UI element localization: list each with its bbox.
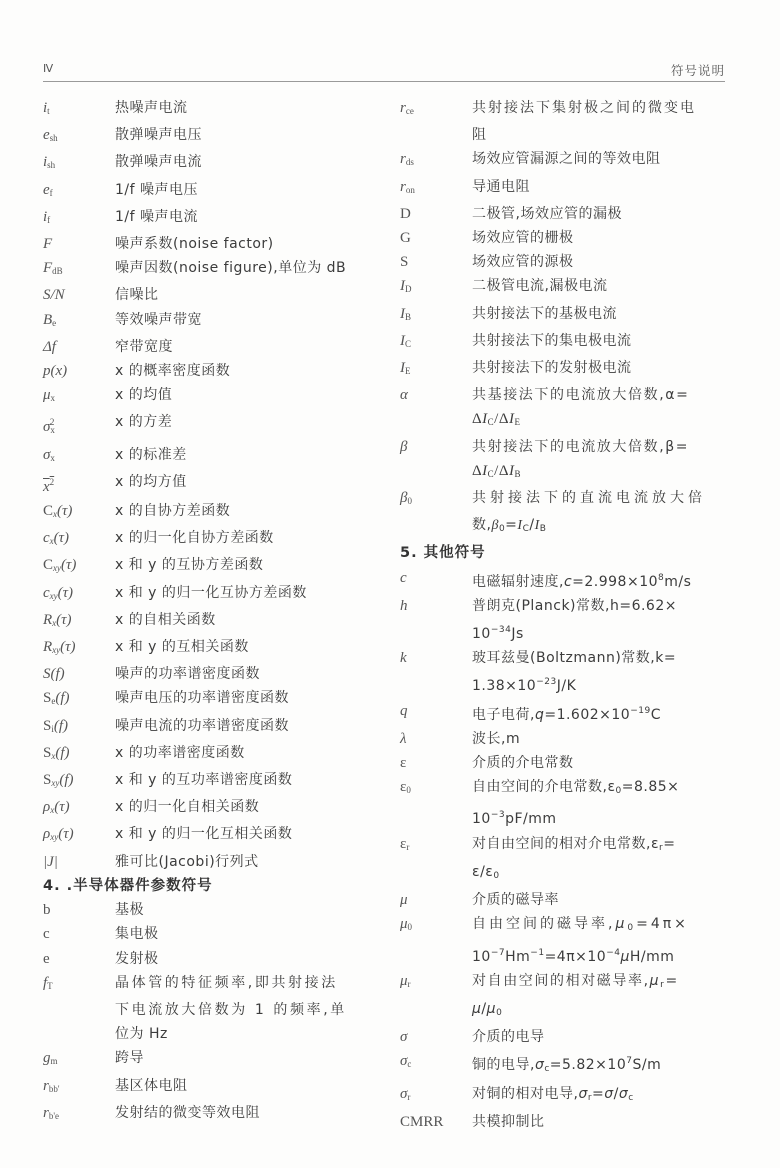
description: 10−7Hm−1=4π×10−4μH/mm bbox=[472, 941, 730, 969]
symbol: ε0 bbox=[400, 775, 472, 803]
list-item: rds场效应管漏源之间的等效电阻 bbox=[400, 147, 730, 174]
list-item: α共基接法下的电流放大倍数,α= bbox=[400, 383, 730, 407]
description: 发射极 bbox=[115, 947, 378, 971]
list-item: h普朗克(Planck)常数,h=6.62× bbox=[400, 594, 730, 618]
symbol: μ0 bbox=[400, 912, 472, 940]
list-item: ish散弹噪声电流 bbox=[43, 150, 378, 177]
list-item: gm跨导 bbox=[43, 1046, 378, 1073]
description: 共射接法下的发射极电流 bbox=[472, 356, 730, 383]
list-item: σc铜的电导,σc=5.82×107S/m bbox=[400, 1049, 730, 1081]
description: x 和 y 的互功率谱密度函数 bbox=[115, 768, 378, 795]
description: 介质的磁导率 bbox=[472, 888, 730, 912]
description: 噪声电压的功率谱密度函数 bbox=[115, 686, 378, 713]
list-item-continuation: 数,β0=IC/IB bbox=[400, 513, 730, 541]
symbol: Be bbox=[43, 308, 115, 335]
list-item: ID二极管电流,漏极电流 bbox=[400, 274, 730, 301]
description: 集电极 bbox=[115, 922, 378, 946]
description: x 和 y 的互协方差函数 bbox=[115, 553, 378, 580]
list-item: CMRR共模抑制比 bbox=[400, 1110, 730, 1134]
symbol: fT bbox=[43, 971, 115, 998]
list-item: S场效应管的源极 bbox=[400, 250, 730, 274]
list-item: S/N信噪比 bbox=[43, 283, 378, 307]
page-number: Ⅳ bbox=[43, 62, 53, 75]
symbol: ef bbox=[43, 178, 115, 205]
description: 铜的电导,σc=5.82×107S/m bbox=[472, 1049, 730, 1081]
description: 噪声系数(noise factor) bbox=[115, 232, 378, 256]
symbol: b bbox=[43, 898, 115, 922]
list-item: μr对自由空间的相对磁导率,μr= bbox=[400, 969, 730, 997]
symbol: μr bbox=[400, 969, 472, 997]
symbol: Cxy(τ) bbox=[43, 553, 115, 580]
description: 信噪比 bbox=[115, 283, 378, 307]
list-item: ron导通电阻 bbox=[400, 175, 730, 202]
description: x 的均值 bbox=[115, 383, 378, 410]
list-item-continuation: 10−7Hm−1=4π×10−4μH/mm bbox=[400, 941, 730, 969]
description: 等效噪声带宽 bbox=[115, 308, 378, 335]
list-item: G场效应管的栅极 bbox=[400, 226, 730, 250]
description: 基极 bbox=[115, 898, 378, 922]
description: 对铜的相对电导,σr=σ/σc bbox=[472, 1082, 730, 1110]
list-item: Cxy(τ)x 和 y 的互协方差函数 bbox=[43, 553, 378, 580]
description: 场效应管漏源之间的等效电阻 bbox=[472, 147, 730, 174]
list-item: k玻耳兹曼(Boltzmann)常数,k= bbox=[400, 646, 730, 670]
symbol: ρx(τ) bbox=[43, 795, 115, 822]
symbol: e bbox=[43, 947, 115, 971]
symbol: ε bbox=[400, 751, 472, 775]
symbol: cxy(τ) bbox=[43, 581, 115, 608]
list-item-continuation: 10−3pF/mm bbox=[400, 803, 730, 831]
list-item: e发射极 bbox=[43, 947, 378, 971]
description: 1/f 噪声电流 bbox=[115, 205, 378, 232]
list-item: Sx(f)x 的功率谱密度函数 bbox=[43, 741, 378, 768]
list-item-continuation: μ/μ0 bbox=[400, 997, 730, 1025]
symbol: D bbox=[400, 202, 472, 226]
right-column: rce共射接法下集射极之间的微变电 阻 rds场效应管漏源之间的等效电阻 ron… bbox=[400, 96, 730, 1134]
description: 自由空间的介电常数,ε0=8.85× bbox=[472, 775, 730, 803]
description: 对自由空间的相对磁导率,μr= bbox=[472, 969, 730, 997]
symbol: rce bbox=[400, 96, 472, 123]
list-item: ε0自由空间的介电常数,ε0=8.85× bbox=[400, 775, 730, 803]
symbol: ρxy(τ) bbox=[43, 822, 115, 849]
symbol: rds bbox=[400, 147, 472, 174]
symbol: cx(τ) bbox=[43, 526, 115, 553]
list-item: Sxy(f)x 和 y 的互功率谱密度函数 bbox=[43, 768, 378, 795]
symbol: FdB bbox=[43, 256, 115, 283]
symbol: if bbox=[43, 205, 115, 232]
list-item: esh散弹噪声电压 bbox=[43, 123, 378, 150]
symbol: G bbox=[400, 226, 472, 250]
running-title: 符号说明 bbox=[671, 61, 725, 79]
list-item: λ波长,m bbox=[400, 727, 730, 751]
symbol: p(x) bbox=[43, 359, 115, 383]
list-item: Δf窄带宽度 bbox=[43, 335, 378, 359]
symbol: S/N bbox=[43, 283, 115, 307]
list-item-continuation: 位为 Hz bbox=[43, 1022, 378, 1046]
symbol: IB bbox=[400, 302, 472, 329]
list-item: ρxy(τ)x 和 y 的归一化互相关函数 bbox=[43, 822, 378, 849]
list-item: β0共射接法下的直流电流放大倍 bbox=[400, 486, 730, 513]
symbol: rb'e bbox=[43, 1101, 115, 1128]
symbol: S(f) bbox=[43, 662, 115, 686]
description: 数,β0=IC/IB bbox=[472, 513, 730, 541]
description: x 的自相关函数 bbox=[115, 608, 378, 635]
description: 基区体电阻 bbox=[115, 1074, 378, 1101]
symbol: λ bbox=[400, 727, 472, 751]
list-item: IB共射接法下的基极电流 bbox=[400, 302, 730, 329]
description: 共射接法下的集电极电流 bbox=[472, 329, 730, 356]
list-item: S(f)噪声的功率谱密度函数 bbox=[43, 662, 378, 686]
list-item-continuation: 下电流放大倍数为 1 的频率,单 bbox=[43, 998, 378, 1022]
list-item: Be等效噪声带宽 bbox=[43, 308, 378, 335]
symbol: β0 bbox=[400, 486, 472, 513]
symbol: Rx(τ) bbox=[43, 608, 115, 635]
list-item: F噪声系数(noise factor) bbox=[43, 232, 378, 256]
list-item-continuation: 1.38×10−23J/K bbox=[400, 670, 730, 698]
symbol: esh bbox=[43, 123, 115, 150]
symbol: σ bbox=[400, 1025, 472, 1049]
list-item: cx(τ)x 的归一化自协方差函数 bbox=[43, 526, 378, 553]
description: 10−3pF/mm bbox=[472, 803, 730, 831]
list-item: rce共射接法下集射极之间的微变电 bbox=[400, 96, 730, 123]
description: μ/μ0 bbox=[472, 997, 730, 1025]
description: 下电流放大倍数为 1 的频率,单 bbox=[115, 998, 378, 1022]
section-heading-4: 4. .半导体器件参数符号 bbox=[43, 874, 378, 898]
description: 对自由空间的相对介电常数,εr= bbox=[472, 832, 730, 860]
description: 共模抑制比 bbox=[472, 1110, 730, 1134]
description: x 的功率谱密度函数 bbox=[115, 741, 378, 768]
symbol: F bbox=[43, 232, 115, 256]
list-item: Rx(τ)x 的自相关函数 bbox=[43, 608, 378, 635]
list-item: β共射接法下的电流放大倍数,β= bbox=[400, 435, 730, 459]
symbol: μx bbox=[43, 383, 115, 410]
description: ΔIC/ΔIB bbox=[472, 459, 730, 486]
symbol: it bbox=[43, 96, 115, 123]
description: 噪声的功率谱密度函数 bbox=[115, 662, 378, 686]
description: ε/ε0 bbox=[472, 860, 730, 888]
symbol: CMRR bbox=[400, 1110, 472, 1134]
list-item-continuation: ΔIC/ΔIE bbox=[400, 407, 730, 434]
symbol: σx2 bbox=[43, 410, 115, 442]
description: ΔIC/ΔIE bbox=[472, 407, 730, 434]
description: 介质的介电常数 bbox=[472, 751, 730, 775]
description: 自由空间的磁导率,μ0=4π× bbox=[472, 912, 730, 940]
description: 电子电荷,q=1.602×10−19C bbox=[472, 699, 730, 727]
description: 热噪声电流 bbox=[115, 96, 378, 123]
description: 10−34Js bbox=[472, 618, 730, 646]
symbol: k bbox=[400, 646, 472, 670]
list-item: D二极管,场效应管的漏极 bbox=[400, 202, 730, 226]
description: x 的标准差 bbox=[115, 443, 378, 470]
description: x 和 y 的归一化互协方差函数 bbox=[115, 581, 378, 608]
symbol: c bbox=[43, 922, 115, 946]
symbol: Si(f) bbox=[43, 714, 115, 741]
symbol: IE bbox=[400, 356, 472, 383]
description: x 和 y 的归一化互相关函数 bbox=[115, 822, 378, 849]
description: 1.38×10−23J/K bbox=[472, 670, 730, 698]
description: 散弹噪声电压 bbox=[115, 123, 378, 150]
list-item: q电子电荷,q=1.602×10−19C bbox=[400, 699, 730, 727]
list-item: rbb'基区体电阻 bbox=[43, 1074, 378, 1101]
left-column: it热噪声电流 esh散弹噪声电压 ish散弹噪声电流 ef1/f 噪声电压 i… bbox=[43, 96, 378, 1128]
list-item: Cx(τ)x 的自协方差函数 bbox=[43, 499, 378, 526]
symbol: ron bbox=[400, 175, 472, 202]
list-item: ε介质的介电常数 bbox=[400, 751, 730, 775]
description: 发射结的微变等效电阻 bbox=[115, 1101, 378, 1128]
list-item-continuation: 阻 bbox=[400, 123, 730, 147]
list-item: Se(f)噪声电压的功率谱密度函数 bbox=[43, 686, 378, 713]
list-item: FdB噪声因数(noise figure),单位为 dB bbox=[43, 256, 378, 283]
list-item: if1/f 噪声电流 bbox=[43, 205, 378, 232]
symbol: IC bbox=[400, 329, 472, 356]
description: 介质的电导 bbox=[472, 1025, 730, 1049]
list-item: rb'e发射结的微变等效电阻 bbox=[43, 1101, 378, 1128]
description: x 和 y 的互相关函数 bbox=[115, 635, 378, 662]
list-item: it热噪声电流 bbox=[43, 96, 378, 123]
description: 雅可比(Jacobi)行列式 bbox=[115, 850, 378, 874]
list-item: ρx(τ)x 的归一化自相关函数 bbox=[43, 795, 378, 822]
list-item: μxx 的均值 bbox=[43, 383, 378, 410]
list-item: IE共射接法下的发射极电流 bbox=[400, 356, 730, 383]
symbol: gm bbox=[43, 1046, 115, 1073]
list-item: σx2x 的方差 bbox=[43, 410, 378, 442]
symbol: h bbox=[400, 594, 472, 618]
symbol: ID bbox=[400, 274, 472, 301]
symbol: μ bbox=[400, 888, 472, 912]
description: 共射接法下的电流放大倍数,β= bbox=[472, 435, 730, 459]
description: 普朗克(Planck)常数,h=6.62× bbox=[472, 594, 730, 618]
description: x 的概率密度函数 bbox=[115, 359, 378, 383]
list-item: σr对铜的相对电导,σr=σ/σc bbox=[400, 1082, 730, 1110]
list-item: p(x)x 的概率密度函数 bbox=[43, 359, 378, 383]
list-item: εr对自由空间的相对介电常数,εr= bbox=[400, 832, 730, 860]
list-item: μ0自由空间的磁导率,μ0=4π× bbox=[400, 912, 730, 940]
description: 跨导 bbox=[115, 1046, 378, 1073]
description: x 的自协方差函数 bbox=[115, 499, 378, 526]
list-item: Rxy(τ)x 和 y 的互相关函数 bbox=[43, 635, 378, 662]
symbol: rbb' bbox=[43, 1074, 115, 1101]
description: 噪声电流的功率谱密度函数 bbox=[115, 714, 378, 741]
description: 位为 Hz bbox=[115, 1022, 378, 1046]
description: 玻耳兹曼(Boltzmann)常数,k= bbox=[472, 646, 730, 670]
description: 波长,m bbox=[472, 727, 730, 751]
list-item-continuation: ε/ε0 bbox=[400, 860, 730, 888]
description: 阻 bbox=[472, 123, 730, 147]
description: 噪声因数(noise figure),单位为 dB bbox=[115, 256, 378, 283]
list-item: |J|雅可比(Jacobi)行列式 bbox=[43, 850, 378, 874]
list-item: b基极 bbox=[43, 898, 378, 922]
symbol: β bbox=[400, 435, 472, 459]
list-item-continuation: 10−34Js bbox=[400, 618, 730, 646]
symbol: q bbox=[400, 699, 472, 727]
list-item: x2x 的均方值 bbox=[43, 470, 378, 499]
description: 晶体管的特征频率,即共射接法 bbox=[115, 971, 378, 998]
list-item: ef1/f 噪声电压 bbox=[43, 178, 378, 205]
description: 1/f 噪声电压 bbox=[115, 178, 378, 205]
description: 共射接法下的基极电流 bbox=[472, 302, 730, 329]
list-item: Si(f)噪声电流的功率谱密度函数 bbox=[43, 714, 378, 741]
symbol: Sxy(f) bbox=[43, 768, 115, 795]
description: 共射接法下集射极之间的微变电 bbox=[472, 96, 730, 123]
symbol: ish bbox=[43, 150, 115, 177]
description: 导通电阻 bbox=[472, 175, 730, 202]
symbol: c bbox=[400, 566, 472, 594]
description: 二极管电流,漏极电流 bbox=[472, 274, 730, 301]
list-item-continuation: ΔIC/ΔIB bbox=[400, 459, 730, 486]
symbol: Se(f) bbox=[43, 686, 115, 713]
description: 场效应管的源极 bbox=[472, 250, 730, 274]
symbol: α bbox=[400, 383, 472, 407]
symbol: σx bbox=[43, 443, 115, 470]
section-heading-5: 5. 其他符号 bbox=[400, 541, 730, 565]
description: 场效应管的栅极 bbox=[472, 226, 730, 250]
description: x 的归一化自相关函数 bbox=[115, 795, 378, 822]
symbol: σr bbox=[400, 1082, 472, 1110]
list-item: σ介质的电导 bbox=[400, 1025, 730, 1049]
description: 电磁辐射速度,c=2.998×108m/s bbox=[472, 566, 730, 594]
description: 共基接法下的电流放大倍数,α= bbox=[472, 383, 730, 407]
symbol: S bbox=[400, 250, 472, 274]
description: x 的归一化自协方差函数 bbox=[115, 526, 378, 553]
symbol: Sx(f) bbox=[43, 741, 115, 768]
description: 共射接法下的直流电流放大倍 bbox=[472, 486, 730, 513]
header-rule bbox=[43, 81, 725, 82]
list-item: IC共射接法下的集电极电流 bbox=[400, 329, 730, 356]
description: x 的方差 bbox=[115, 410, 378, 442]
list-item: fT晶体管的特征频率,即共射接法 bbox=[43, 971, 378, 998]
list-item: c集电极 bbox=[43, 922, 378, 946]
symbol: |J| bbox=[43, 850, 115, 874]
symbol: x2 bbox=[43, 470, 115, 499]
list-item: μ介质的磁导率 bbox=[400, 888, 730, 912]
list-item: c电磁辐射速度,c=2.998×108m/s bbox=[400, 566, 730, 594]
description: 窄带宽度 bbox=[115, 335, 378, 359]
description: x 的均方值 bbox=[115, 470, 378, 499]
symbol: σc bbox=[400, 1049, 472, 1081]
symbol: Rxy(τ) bbox=[43, 635, 115, 662]
description: 散弹噪声电流 bbox=[115, 150, 378, 177]
list-item: σxx 的标准差 bbox=[43, 443, 378, 470]
symbol: εr bbox=[400, 832, 472, 860]
symbol: Cx(τ) bbox=[43, 499, 115, 526]
symbol: Δf bbox=[43, 335, 115, 359]
description: 二极管,场效应管的漏极 bbox=[472, 202, 730, 226]
list-item: cxy(τ)x 和 y 的归一化互协方差函数 bbox=[43, 581, 378, 608]
